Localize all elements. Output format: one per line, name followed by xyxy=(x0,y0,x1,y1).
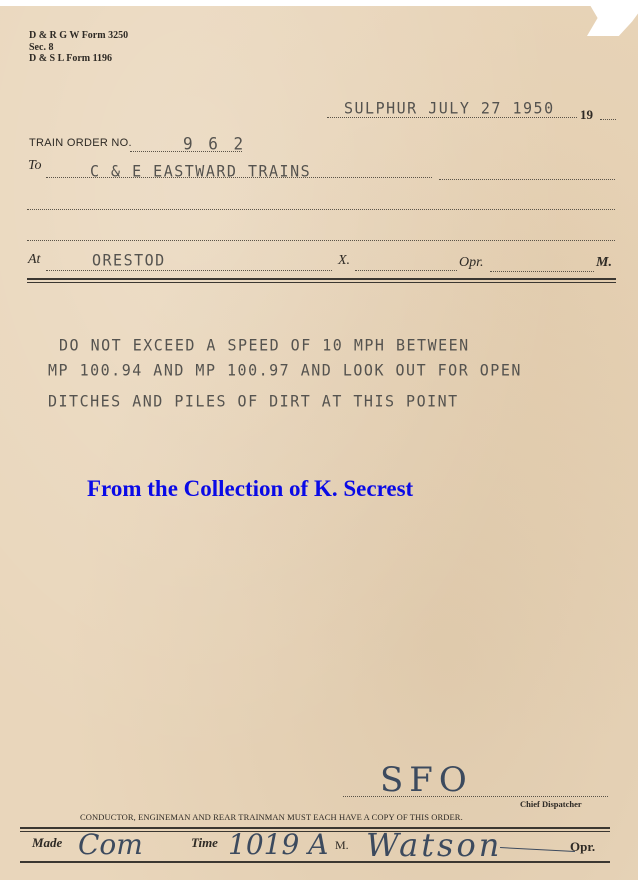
collection-watermark: From the Collection of K. Secrest xyxy=(87,476,413,502)
at-value: ORESTOD xyxy=(92,250,166,269)
x-label: X. xyxy=(338,253,350,269)
footer-opr-label: Opr. xyxy=(570,839,595,855)
to-dotline-2 xyxy=(439,179,615,180)
at-dotline xyxy=(46,270,332,271)
year-prefix: 19 xyxy=(580,107,593,123)
made-value: Com xyxy=(78,828,143,861)
form-header: D & R G W Form 3250 Sec. 8 D & S L Form … xyxy=(29,30,128,65)
train-order-label: TRAIN ORDER NO. xyxy=(29,137,132,149)
order-line-2: MP 100.94 AND MP 100.97 AND LOOK OUT FOR… xyxy=(48,360,522,379)
date-value: SULPHUR JULY 27 1950 xyxy=(344,98,555,117)
header-rule xyxy=(27,278,616,280)
train-order-number: 9 6 2 xyxy=(183,133,246,154)
at-label: At xyxy=(28,252,40,268)
year-dotline xyxy=(600,119,616,120)
made-label: Made xyxy=(32,835,62,851)
copy-notice: CONDUCTOR, ENGINEMAN AND REAR TRAINMAN M… xyxy=(80,812,463,822)
form-header-line1: D & R G W Form 3250 xyxy=(29,30,128,42)
dispatcher-dotline xyxy=(343,796,608,797)
time-value: 1019 A xyxy=(228,828,328,861)
to-value: C & E EASTWARD TRAINS xyxy=(90,161,311,180)
blank-line-2 xyxy=(27,240,615,241)
opr-label: Opr. xyxy=(459,255,484,271)
time-label: Time xyxy=(191,835,218,851)
order-line-1: DO NOT EXCEED A SPEED OF 10 MPH BETWEEN xyxy=(59,335,470,354)
to-label: To xyxy=(28,158,42,174)
opr-dotline xyxy=(490,271,594,272)
m-label: M. xyxy=(596,255,612,271)
header-rule-2 xyxy=(27,282,616,283)
x-dotline xyxy=(355,270,457,271)
blank-line-1 xyxy=(27,209,615,210)
order-line-3: DITCHES AND PILES OF DIRT AT THIS POINT xyxy=(48,391,459,410)
dispatcher-signature: SFO xyxy=(380,760,473,800)
form-header-line2: Sec. 8 xyxy=(29,42,128,54)
operator-signature: Watson xyxy=(366,826,502,864)
chief-dispatcher-label: Chief Dispatcher xyxy=(520,799,582,809)
time-m-label: M. xyxy=(335,838,349,853)
form-header-line3: D & S L Form 1196 xyxy=(29,53,128,65)
footer-rule-bottom xyxy=(20,861,610,863)
